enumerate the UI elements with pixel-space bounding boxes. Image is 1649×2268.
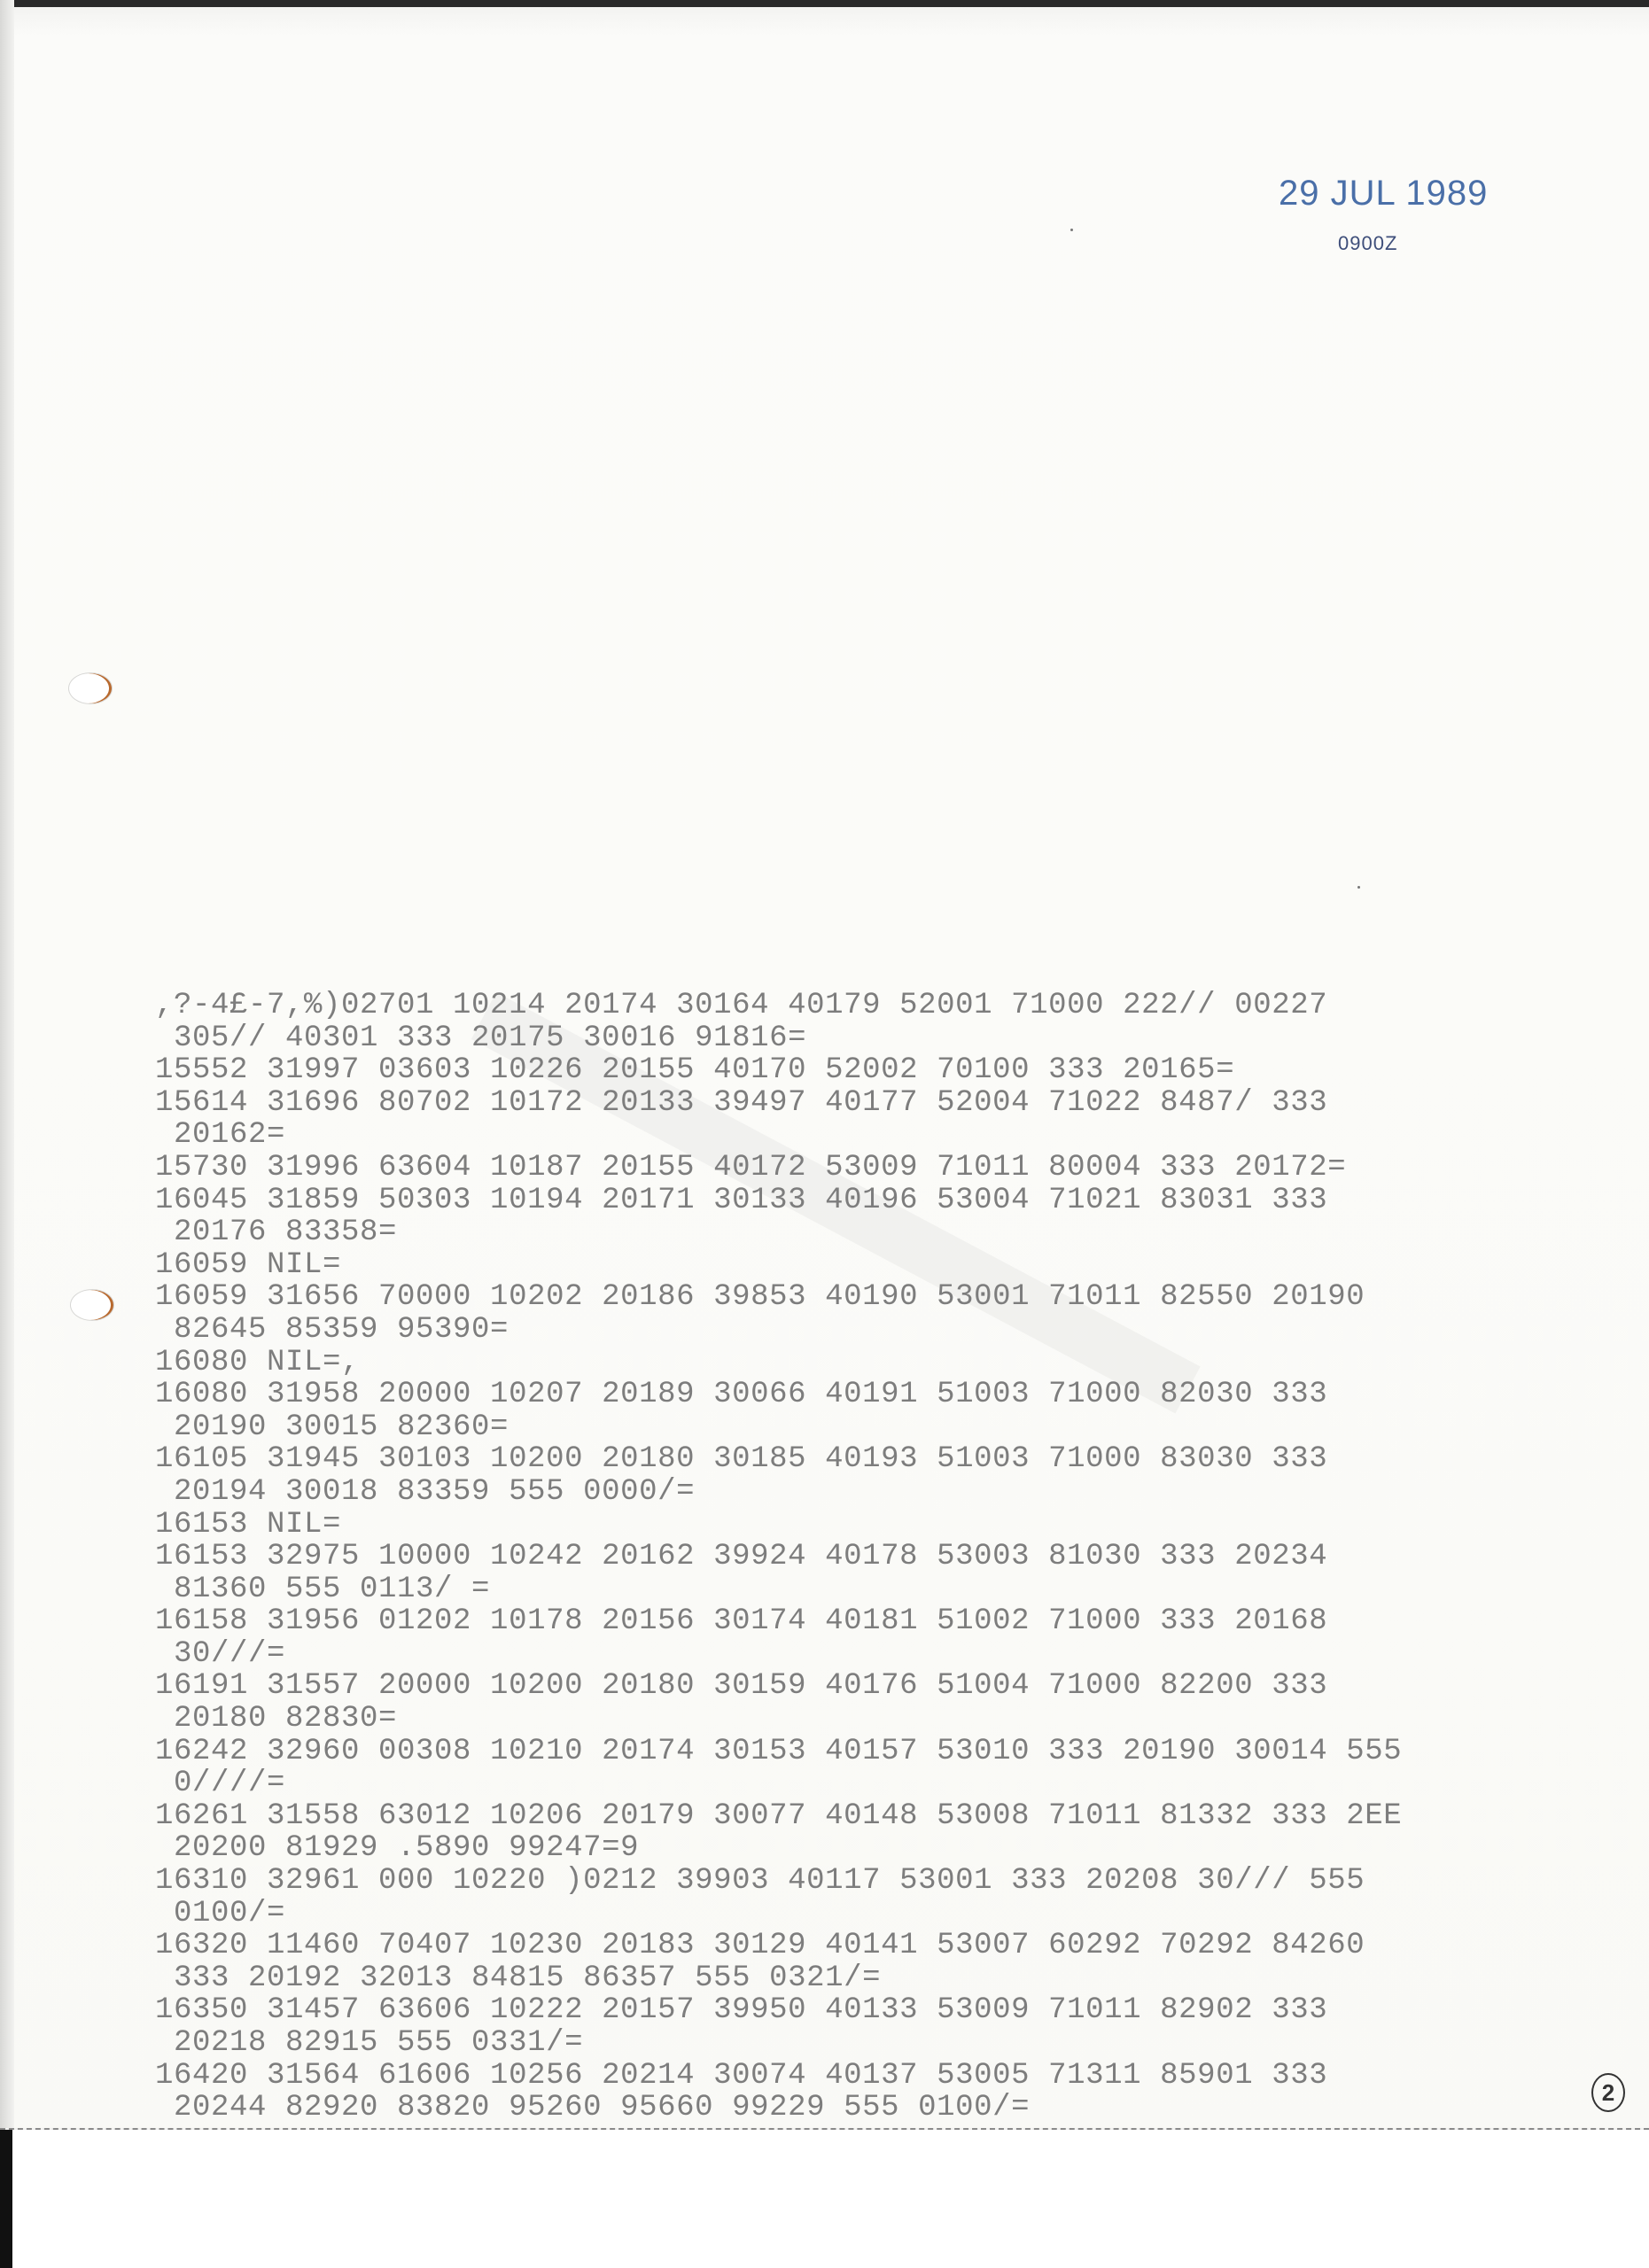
telex-line: 305// 40301 333 20175 30016 91816= [155, 1022, 1402, 1055]
telex-line: 20162= [155, 1119, 1402, 1152]
telex-line: 15730 31996 63604 10187 20155 40172 5300… [155, 1152, 1402, 1184]
telex-line: 20200 81929 .5890 99247=9 [155, 1832, 1402, 1865]
received-time-handwritten: 0900Z [1338, 232, 1397, 255]
telex-line: 16080 NIL=, [155, 1347, 1402, 1379]
telex-line: 16153 32975 10000 10242 20162 39924 4017… [155, 1541, 1402, 1573]
telex-line: 15614 31696 80702 10172 20133 39497 4017… [155, 1087, 1402, 1120]
telex-line: 16059 NIL= [155, 1249, 1402, 1282]
telex-line: 20180 82830= [155, 1703, 1402, 1736]
telex-line: 15552 31997 03603 10226 20155 40170 5200… [155, 1054, 1402, 1087]
telex-line: 16420 31564 61606 10256 20214 30074 4013… [155, 2060, 1402, 2093]
telex-line: 16191 31557 20000 10200 20180 30159 4017… [155, 1670, 1402, 1703]
telex-line: 0100/= [155, 1898, 1402, 1930]
telex-line: 16261 31558 63012 10206 20179 30077 4014… [155, 1800, 1402, 1833]
telex-line: 333 20192 32013 84815 86357 555 0321/= [155, 1962, 1402, 1995]
telex-synop-report: ,?-4£-7,%)02701 10214 20174 30164 40179 … [155, 990, 1402, 2124]
telex-line: 16059 31656 70000 10202 20186 39853 4019… [155, 1281, 1402, 1314]
speck [1070, 229, 1073, 231]
punch-hole-icon [69, 673, 112, 703]
telex-line: 16242 32960 00308 10210 20174 30153 4015… [155, 1736, 1402, 1768]
telex-line: 20176 83358= [155, 1216, 1402, 1249]
telex-line: 16153 NIL= [155, 1509, 1402, 1542]
telex-line: 16310 32961 000 10220 )0212 39903 40117 … [155, 1865, 1402, 1898]
punch-hole-icon [71, 1290, 113, 1320]
telex-line: 30///= [155, 1638, 1402, 1671]
telex-line: 81360 555 0113/ = [155, 1573, 1402, 1606]
telex-line: 20190 30015 82360= [155, 1411, 1402, 1444]
scanned-page: 29 JUL 1989 0900Z ,?-4£-7,%)02701 10214 … [0, 0, 1649, 2130]
telex-line: 16158 31956 01202 10178 20156 30174 4018… [155, 1605, 1402, 1638]
telex-line: 0////= [155, 1767, 1402, 1800]
speck [1357, 886, 1360, 889]
telex-line: 20244 82920 83820 95260 95660 99229 555 … [155, 2092, 1402, 2124]
telex-line: 16080 31958 20000 10207 20189 30066 4019… [155, 1379, 1402, 1411]
scan-background-edge [0, 2124, 12, 2268]
received-date-stamp: 29 JUL 1989 [1279, 174, 1488, 214]
telex-line: 16105 31945 30103 10200 20180 30185 4019… [155, 1443, 1402, 1476]
telex-line: 16350 31457 63606 10222 20157 39950 4013… [155, 1994, 1402, 2027]
telex-line: 20218 82915 555 0331/= [155, 2027, 1402, 2060]
telex-line: 16045 31859 50303 10194 20171 30133 4019… [155, 1184, 1402, 1217]
telex-line: 82645 85359 95390= [155, 1314, 1402, 1347]
telex-line: ,?-4£-7,%)02701 10214 20174 30164 40179 … [155, 990, 1402, 1022]
page-number-circled: 2 [1591, 2073, 1625, 2112]
telex-line: 20194 30018 83359 555 0000/= [155, 1476, 1402, 1509]
telex-line: 16320 11460 70407 10230 20183 30129 4014… [155, 1930, 1402, 1962]
